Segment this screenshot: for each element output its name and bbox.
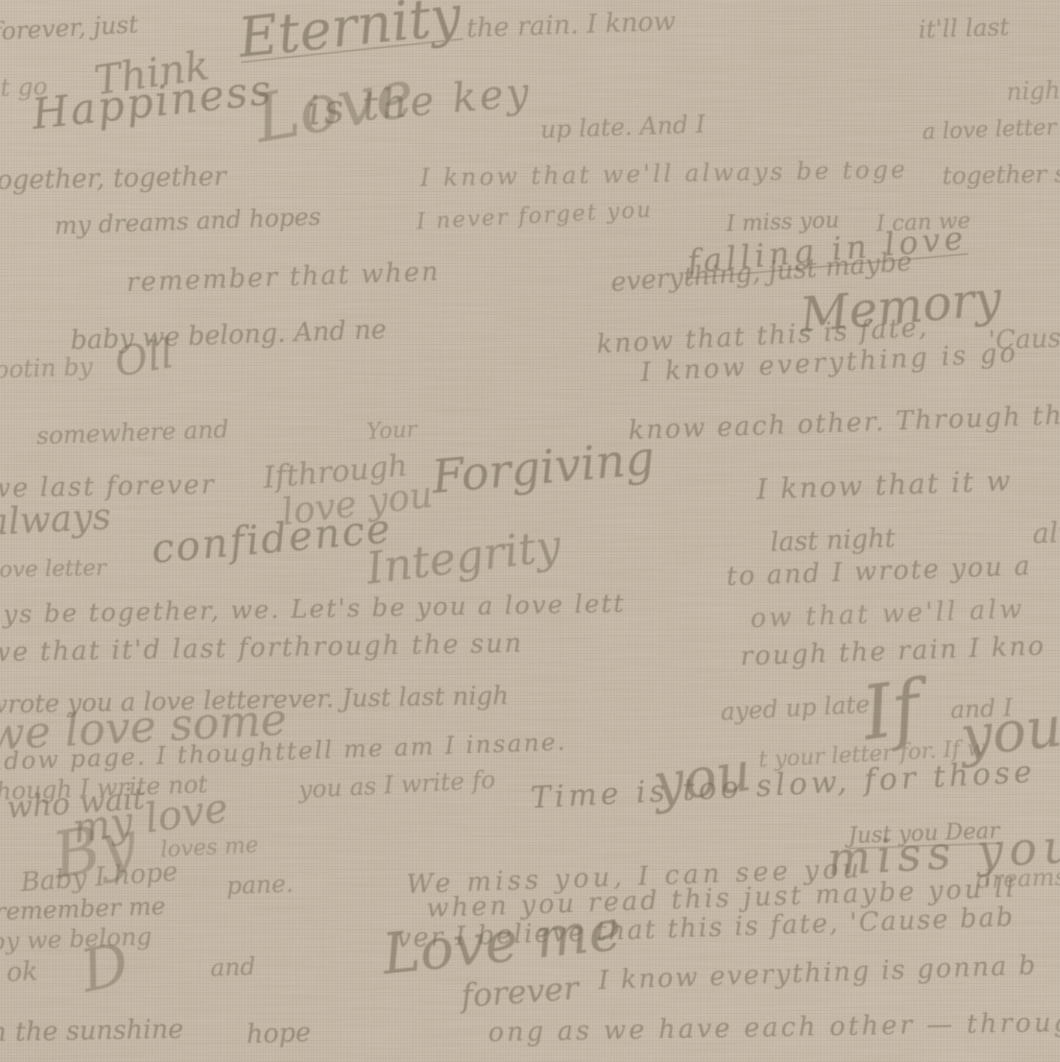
script-phrase: Happiness <box>30 69 275 136</box>
script-phrase: the rain. I know <box>466 9 676 42</box>
script-phrase: ow that we'll alw <box>750 596 1025 632</box>
script-phrase: a love letter <box>922 117 1057 144</box>
script-phrase: Eternity <box>236 0 464 66</box>
script-phrase: ok <box>6 959 38 986</box>
script-phrase: rough the rain I kno <box>740 633 1046 670</box>
script-phrase: night <box>1006 78 1060 104</box>
script-phrase: we that it'd last forthrough the sun <box>0 631 523 666</box>
script-phrase: somewhere and <box>36 417 229 448</box>
script-phrase: I know that it w <box>756 467 1013 504</box>
script-phrase: my dreams and hopes <box>54 205 321 238</box>
script-phrase: hope <box>246 1020 311 1048</box>
script-phrase: forever <box>460 972 580 1012</box>
script-phrase: to and I wrote you a <box>726 553 1032 590</box>
script-phrase: up late. And I <box>540 112 706 142</box>
script-phrase: alw <box>1032 518 1060 548</box>
script-phrase: Your <box>366 419 418 444</box>
script-phrase: Integrity <box>364 524 563 591</box>
script-phrase: forever, just <box>0 12 139 44</box>
script-phrase: h the sunshine <box>0 1017 184 1046</box>
script-phrase: I never forget you <box>416 200 653 234</box>
wallpaper-canvas: forever, justEternitythe rain. I knowit'… <box>0 0 1060 1062</box>
script-phrase: love letter <box>0 558 106 582</box>
script-phrase: pane. <box>226 872 294 898</box>
script-phrase: ootin by <box>0 355 93 382</box>
script-phrase: Baby I hope <box>20 859 179 896</box>
script-phrase: ong as we have each other — throug <box>488 1010 1060 1046</box>
script-phrase: Forgiving <box>430 435 656 500</box>
script-phrase: I know everything is gonna b <box>598 953 1038 994</box>
script-phrase: Oll <box>112 334 176 384</box>
script-phrase: Love me <box>380 903 624 984</box>
script-phrase: remember me <box>0 894 166 924</box>
script-phrase: I know that we'll always be toge <box>420 157 908 190</box>
script-phrase: ays be together, we. Let's be you a love… <box>0 591 626 627</box>
script-phrase: it'll last <box>918 15 1010 42</box>
script-phrase: confidence <box>150 509 394 570</box>
script-phrase: always <box>0 500 112 542</box>
script-phrase: ayed up late <box>720 692 870 724</box>
script-phrase: last night <box>770 526 896 556</box>
script-phrase: together, together <box>0 164 226 194</box>
handwriting-layer: forever, justEternitythe rain. I knowit'… <box>0 0 1060 1062</box>
script-phrase: remember that when <box>126 259 440 296</box>
script-phrase: you as I write fo <box>298 768 496 802</box>
script-phrase: know each other. Through th <box>628 403 1060 444</box>
script-phrase: together s <box>942 162 1060 188</box>
script-phrase: and <box>210 954 256 980</box>
